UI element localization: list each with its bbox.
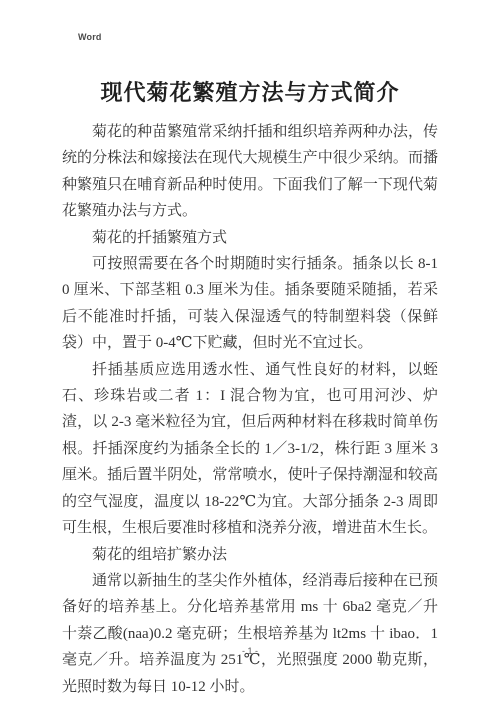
paragraph-tissue-culture-method: 通常以新抽生的茎尖作外植体，经消毒后接种在已预备好的培养基上。分化培养基常用 m… xyxy=(62,568,438,700)
heading-cutting-propagation: 菊花的扦插繁殖方式 xyxy=(62,225,438,251)
document-title: 现代菊花繁殖方法与方式简介 xyxy=(0,76,500,107)
document-page: Word 现代菊花繁殖方法与方式简介 菊花的种苗繁殖常采纳扦插和组织培养两种办法… xyxy=(0,0,500,707)
paragraph-cutting-timing: 可按照需要在各个时期随时实行插条。插条以长 8-10 厘米、下部茎粗 0.3 厘… xyxy=(62,251,438,357)
paragraph-intro: 菊花的种苗繁殖常采纳扦插和组织培养两种办法，传统的分株法和嫁接法在现代大规模生产… xyxy=(62,119,438,225)
page-number: - 1 - xyxy=(0,646,500,656)
document-body: 菊花的种苗繁殖常采纳扦插和组织培养两种办法，传统的分株法和嫁接法在现代大规模生产… xyxy=(62,119,438,700)
word-app-label: Word xyxy=(78,32,102,42)
heading-tissue-culture: 菊花的组培扩繁办法 xyxy=(62,542,438,568)
paragraph-cutting-substrate: 扦插基质应选用透水性、通气性良好的材料，以蛭石、珍珠岩或二者 1：I 混合物为宜… xyxy=(62,357,438,542)
